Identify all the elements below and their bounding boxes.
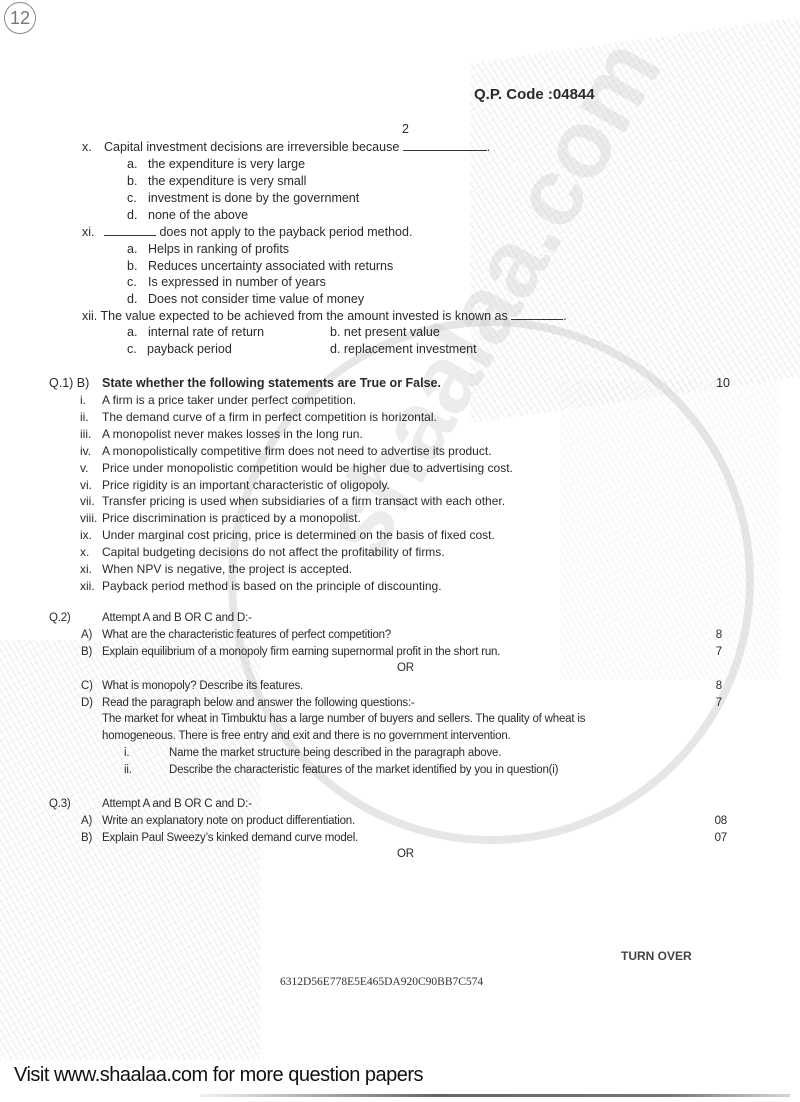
mcq-option: internal rate of return [148, 324, 264, 341]
answer-blank [104, 224, 156, 236]
question-instruction: Attempt A and B OR C and D:- [102, 796, 252, 813]
mcq-option: the expenditure is very small [148, 173, 306, 190]
statement-text: When NPV is negative, the project is acc… [102, 561, 352, 578]
page-number: 2 [402, 121, 409, 138]
subquestion-marks: 07 [697, 830, 727, 847]
answer-blank [511, 308, 563, 320]
or-separator: OR [397, 846, 414, 863]
question-label: Q.2) [49, 610, 71, 627]
subquestion-marks: 7 [692, 695, 722, 712]
footer-link[interactable]: Visit www.shaalaa.com for more question … [14, 1064, 423, 1087]
statement-text: The demand curve of a firm in perfect co… [102, 409, 437, 426]
question-instruction: Attempt A and B OR C and D:- [102, 610, 252, 627]
subquestion-text: Explain Paul Sweezy’s kinked demand curv… [102, 830, 358, 847]
statement-number: vi. [80, 477, 92, 494]
mcq-option: the expenditure is very large [148, 156, 305, 173]
question-heading: State whether the following statements a… [102, 375, 441, 392]
subpart-number: i. [124, 745, 129, 762]
statement-number: viii. [80, 510, 97, 527]
subquestion-marks: 8 [692, 627, 722, 644]
statement-number: xii. [80, 578, 95, 595]
mcq-option-key: c. [127, 341, 137, 358]
subpart-text: Describe the characteristic features of … [169, 762, 558, 779]
mcq-option: Reduces uncertainty associated with retu… [148, 258, 393, 275]
mcq-option: investment is done by the government [148, 190, 359, 207]
mcq-option-key: a. [127, 241, 137, 258]
mcq-option: Helps in ranking of profits [148, 241, 289, 258]
statement-text: A firm is a price taker under perfect co… [102, 392, 356, 409]
mcq-option: none of the above [148, 207, 248, 224]
qp-code: Q.P. Code :04844 [474, 86, 595, 103]
mcq-question: Capital investment decisions are irrever… [104, 139, 490, 156]
subquestion-marks: 08 [697, 813, 727, 830]
mcq-question: does not apply to the payback period met… [104, 224, 412, 241]
scan-texture [470, 17, 800, 423]
statement-text: Price discrimination is practiced by a m… [102, 510, 361, 527]
mcq-number: xi. [82, 224, 95, 241]
mcq-option-key: a. [127, 324, 137, 341]
subquestion-key: A) [81, 813, 92, 830]
mcq-option-key: c. [127, 274, 137, 291]
paragraph-line: The market for wheat in Timbuktu has a l… [102, 711, 585, 728]
subquestion-key: D) [81, 695, 93, 712]
statement-text: Price rigidity is an important character… [102, 477, 390, 494]
subquestion-key: B) [81, 644, 92, 661]
statement-number: iv. [80, 443, 91, 460]
mcq-number: x. [82, 139, 92, 156]
paragraph-line: homogeneous. There is free entry and exi… [102, 728, 511, 745]
subquestion-key: A) [81, 627, 92, 644]
mcq-option: b. net present value [330, 324, 440, 341]
mcq-option-key: c. [127, 190, 137, 207]
mcq-option: payback period [147, 341, 232, 358]
statement-number: ix. [80, 527, 92, 544]
subquestion-key: C) [81, 678, 93, 695]
statement-number: iii. [80, 426, 91, 443]
statement-number: vii. [80, 493, 95, 510]
handwritten-page-number: 12 [4, 2, 36, 34]
answer-blank [403, 139, 487, 151]
statement-number: ii. [80, 409, 89, 426]
subquestion-key: B) [81, 830, 92, 847]
statement-text: Payback period method is based on the pr… [102, 578, 442, 595]
question-label: Q.3) [49, 796, 71, 813]
statement-text: Price under monopolistic competition wou… [102, 460, 513, 477]
mcq-question: xii. The value expected to be achieved f… [82, 308, 567, 325]
subpart-number: ii. [124, 762, 132, 779]
subquestion-marks: 7 [692, 644, 722, 661]
statement-number: i. [80, 392, 86, 409]
subquestion-text: What is monopoly? Describe its features. [102, 678, 303, 695]
mcq-option-key: a. [127, 156, 137, 173]
or-separator: OR [397, 660, 414, 677]
statement-text: A monopolist never makes losses in the l… [102, 426, 363, 443]
mcq-option-key: d. [127, 207, 137, 224]
statement-text: Transfer pricing is used when subsidiari… [102, 493, 505, 510]
statement-text: Capital budgeting decisions do not affec… [102, 544, 445, 561]
scan-texture [560, 380, 780, 680]
subquestion-text: What are the characteristic features of … [102, 627, 391, 644]
subpart-text: Name the market structure being describe… [169, 745, 501, 762]
question-label: Q.1) B) [49, 375, 89, 392]
mcq-option-key: d. [127, 291, 137, 308]
subquestion-text: Explain equilibrium of a monopoly firm e… [102, 644, 500, 661]
footer-divider [200, 1094, 790, 1097]
subquestion-marks: 8 [692, 678, 722, 695]
statement-text: Under marginal cost pricing, price is de… [102, 527, 495, 544]
mcq-option: Is expressed in number of years [148, 274, 326, 291]
hash-code: 6312D56E778E5E465DA920C90BB7C574 [280, 976, 483, 988]
statement-number: x. [80, 544, 89, 561]
question-marks: 10 [700, 375, 730, 392]
statement-number: xi. [80, 561, 92, 578]
mcq-option: Does not consider time value of money [148, 291, 364, 308]
subquestion-text: Write an explanatory note on product dif… [102, 813, 355, 830]
statement-number: v. [80, 460, 88, 477]
statement-text: A monopolistically competitive firm does… [102, 443, 492, 460]
subquestion-text: Read the paragraph below and answer the … [102, 695, 415, 712]
mcq-option: d. replacement investment [330, 341, 477, 358]
mcq-option-key: b. [127, 258, 137, 275]
mcq-option-key: b. [127, 173, 137, 190]
turn-over-label: TURN OVER [621, 949, 692, 963]
